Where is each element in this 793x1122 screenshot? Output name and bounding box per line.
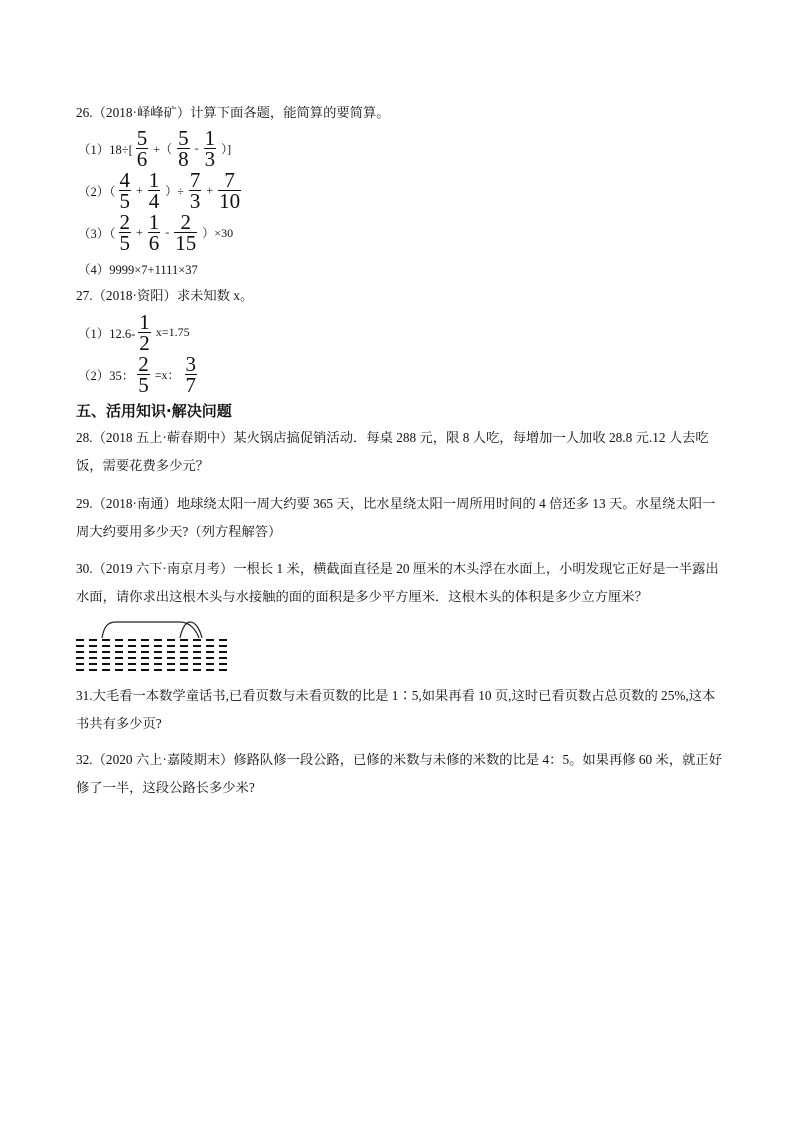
fraction: 56 — [136, 128, 149, 169]
label: （1）18÷[ — [78, 140, 133, 158]
operator: ）] — [221, 140, 231, 157]
q26-part1: （1）18÷[ 56 +（ 58 - 13 ）] — [78, 128, 233, 169]
operator: +（ — [153, 140, 172, 157]
q32-text: 32.（2020 六上·嘉陵期末）修路队修一段公路，已修的米数与未修的米数的比是… — [76, 746, 726, 802]
q31-text: 31.大毛看一本数学童话书,已看页数与未看页数的比是 1∶5,如果再看 10 页… — [76, 682, 726, 738]
operator: ）×30 — [202, 224, 233, 241]
fraction: 25 — [137, 354, 150, 395]
operator: - — [195, 141, 199, 156]
fraction: 12 — [138, 312, 151, 353]
q26-part3: （3）（ 25 + 16 - 215 ）×30 — [78, 212, 235, 253]
q27-part2: （2）35： 25 =x： 37 — [78, 354, 200, 395]
operator: + — [206, 183, 213, 198]
q26-part4: （4）9999×7+1111×37 — [78, 260, 198, 278]
q26-title: 26.（2018·峄峰矿）计算下面各题，能简算的要简算。 — [76, 105, 390, 121]
q30-text: 30.（2019 六下·南京月考）一根长 1 米，横截面直径是 20 厘米的木头… — [76, 555, 726, 611]
floating-log-figure — [72, 618, 232, 678]
fraction: 710 — [218, 170, 241, 211]
fraction: 73 — [189, 170, 202, 211]
fraction: 25 — [119, 212, 132, 253]
operator: =x： — [155, 366, 180, 383]
fraction: 37 — [185, 354, 198, 395]
label: （1）12.6- — [78, 324, 135, 342]
q27-title: 27.（2018·资阳）求未知数 x。 — [76, 288, 253, 304]
fraction: 215 — [174, 212, 197, 253]
fraction: 14 — [148, 170, 161, 211]
fraction: 58 — [177, 128, 190, 169]
fraction: 13 — [204, 128, 217, 169]
operator: x=1.75 — [156, 325, 190, 340]
fraction: 16 — [148, 212, 161, 253]
operator: ）÷ — [165, 182, 184, 199]
label: （3）（ — [78, 224, 116, 242]
q29-text: 29.（2018·南通）地球绕太阳一周大约要 365 天，比水星绕太阳一周所用时… — [76, 490, 726, 546]
operator: - — [165, 225, 169, 240]
operator: + — [136, 225, 143, 240]
q27-part1: （1）12.6- 12 x=1.75 — [78, 312, 192, 353]
fraction: 45 — [119, 170, 132, 211]
q26-part2: （2）（ 45 + 14 ）÷ 73 + 710 — [78, 170, 244, 211]
label: （2）35： — [78, 366, 134, 384]
operator: + — [136, 183, 143, 198]
section-heading: 五、活用知识·解决问题 — [76, 400, 232, 421]
q28-text: 28.（2018 五上·蕲春期中）某火锅店搞促销活动．每桌 288 元，限 8 … — [76, 424, 726, 480]
label: （2）（ — [78, 182, 116, 200]
